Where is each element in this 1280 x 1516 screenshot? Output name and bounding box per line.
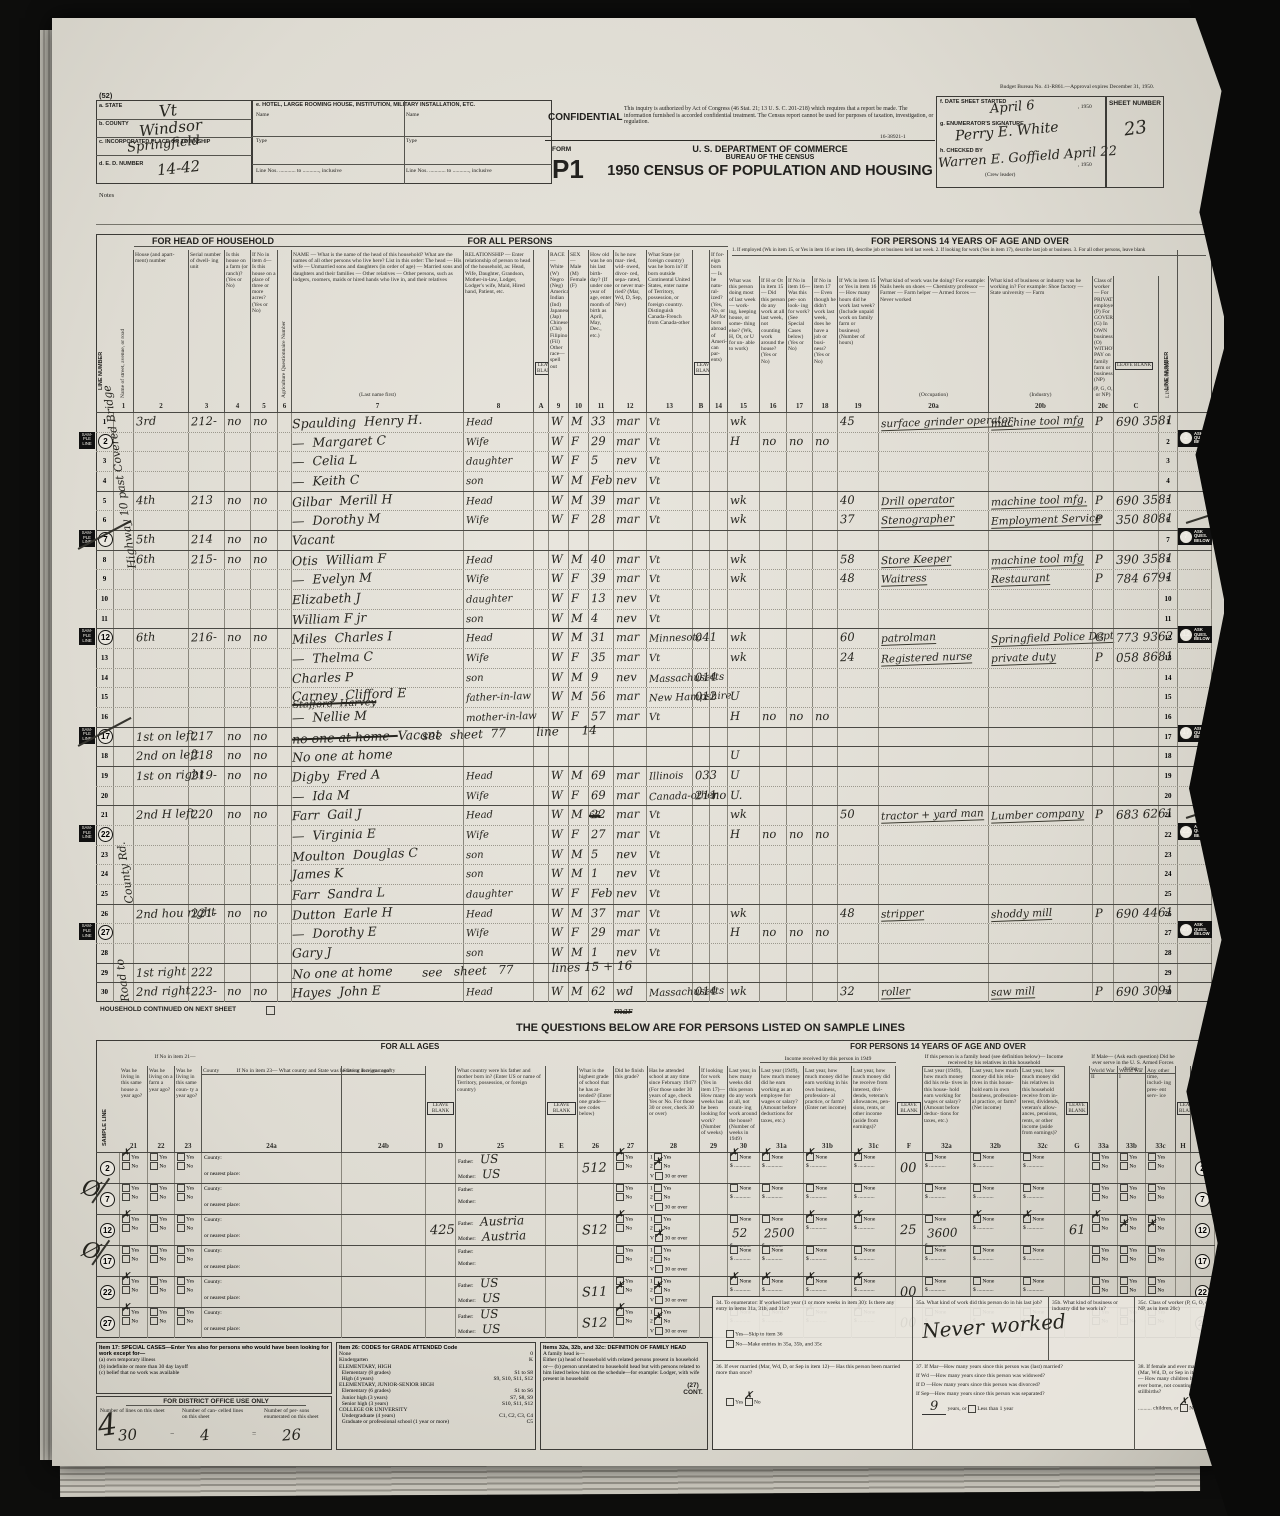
cell-name: Dutton Earle H — [292, 905, 464, 924]
cell-rel: daughter — [464, 885, 534, 904]
checkbox — [1148, 1246, 1156, 1254]
cell-C — [1114, 767, 1159, 786]
value-ind: saw mill — [991, 986, 1035, 1001]
cell-acres — [251, 452, 278, 471]
cell-q16: no — [760, 708, 787, 727]
cell-mar: nev — [614, 452, 647, 471]
cell-street — [114, 924, 134, 943]
value-sex: M — [571, 847, 583, 861]
column-number-15: 15 — [728, 400, 760, 412]
checkbox-option: Yes — [175, 1277, 201, 1286]
checkbox-option: Yes — [614, 1184, 647, 1193]
cell-race: W — [549, 885, 569, 904]
sample-cell-g26: S12 — [578, 1215, 614, 1245]
cell-C — [1114, 787, 1159, 806]
value-sex: F — [571, 512, 579, 526]
sample-cell-q33c: Yes No — [1146, 1246, 1176, 1276]
cell-q17 — [787, 531, 813, 550]
value-hours: 32 — [840, 984, 855, 999]
ask-ques-number: 12 — [1179, 628, 1193, 642]
dept-title: U. S. DEPARTMENT OF COMMERCE — [640, 144, 900, 154]
cell-q18 — [813, 590, 838, 609]
notes-label: Notes — [99, 192, 114, 199]
value-q15: wk — [730, 807, 747, 822]
value-mar: mar — [616, 551, 640, 566]
sample-cell-q22: Yes No — [148, 1308, 175, 1338]
crew-leader-label: (Crew leader) — [985, 172, 1015, 178]
cell-occ: Drill operator — [879, 492, 989, 511]
sample-cell-q23: Yes No — [175, 1153, 202, 1183]
cell-rel: Head — [464, 492, 534, 511]
checkbox-option: No — [148, 1255, 174, 1264]
value-serial: 220 — [191, 807, 213, 822]
cell-serial: 215- — [189, 551, 225, 570]
checkbox-option: None — [1021, 1277, 1064, 1286]
cell-farm: no — [225, 806, 251, 825]
cell-mar — [614, 531, 647, 550]
value-acres: no — [253, 728, 268, 742]
checkbox-option: No — [175, 1317, 201, 1326]
value-race: W — [551, 689, 563, 703]
column-subtitle: (Industry) — [989, 392, 1092, 398]
cell-sex: M — [569, 905, 589, 924]
checkbox-option: ✗ Yes — [120, 1153, 147, 1162]
checkbox — [177, 1308, 185, 1316]
sample-cell-q25: Father:USMother:US — [456, 1153, 546, 1183]
dollar-line: $ ............ — [804, 1287, 851, 1293]
cell-B — [693, 590, 710, 609]
column-header-race: RACE — White (W) Negro (Neg) American In… — [549, 250, 569, 400]
cell-occ — [879, 688, 989, 707]
cell-farm: no — [225, 629, 251, 648]
cell-farm — [225, 669, 251, 688]
sample-header-q33b: World War I — [1118, 1066, 1146, 1140]
cell-A — [534, 885, 549, 904]
cell-mar: nev — [614, 669, 647, 688]
column-number-13: 13 — [647, 400, 693, 412]
county-label: County: — [202, 1153, 341, 1163]
cell-ln: 16 — [96, 708, 114, 727]
value-born: Illinois — [649, 770, 684, 782]
cell-cls — [1093, 747, 1114, 766]
cell-nat — [710, 433, 728, 452]
cell-street — [114, 728, 134, 747]
cell-ln2: 3 — [1159, 452, 1178, 471]
cell-street — [114, 610, 134, 629]
person-name: Spaulding Henry H. — [292, 412, 423, 432]
value-mar: wd — [616, 984, 634, 999]
cell-mar: mar — [614, 433, 647, 452]
table-row: 16— Nellie Mmother-in-lawWF57marVtHnonon… — [96, 707, 1212, 727]
cell-q17 — [787, 688, 813, 707]
value-born: Vt — [649, 613, 661, 624]
cell-q16: no — [760, 826, 787, 845]
sample-header-q21: Was he living in this same house a year … — [120, 1066, 148, 1140]
cell-occ — [879, 610, 989, 629]
nearest-place-label: or nearest place: — [202, 1324, 341, 1334]
value-ind: machine tool mfg. — [991, 493, 1087, 509]
cell-hours: 48 — [838, 905, 879, 924]
cell-rel — [464, 531, 534, 550]
sample-number-32b: 32b — [971, 1140, 1021, 1152]
cell-farm — [225, 649, 251, 668]
cell-cls — [1093, 452, 1114, 471]
column-header-hours: If Wk in item 15 or Yes in item 16— How … — [838, 276, 879, 400]
checkbox-option: No — [1090, 1162, 1117, 1171]
sample-cell-q29 — [700, 1184, 728, 1214]
checkbox — [122, 1224, 130, 1232]
sample-header-q33a: World War II — [1090, 1066, 1118, 1140]
cell-name: Digby Fred A — [292, 767, 464, 786]
cell-born: Massachusetts — [647, 983, 693, 1002]
cell-cls — [1093, 865, 1114, 884]
dollar-line: $ ............ — [852, 1256, 895, 1262]
checkbox — [654, 1246, 662, 1254]
checkbox — [1092, 1162, 1100, 1170]
value-mar: mar — [616, 787, 640, 802]
value-born: Vt — [649, 456, 661, 467]
cell-nat — [710, 728, 728, 747]
sample-cell-q22: Yes No — [148, 1153, 175, 1183]
items-box-hline — [712, 1360, 1134, 1361]
checkbox — [1148, 1193, 1156, 1201]
sample-cell-q21: ✗ Yes No — [120, 1215, 148, 1245]
value-race: W — [551, 768, 563, 782]
sample-cell-q28: 1 Yes2 NoV 30 or over — [648, 1246, 700, 1276]
value-q15: U — [730, 748, 740, 762]
checkbox-option: ✗ No — [1118, 1224, 1145, 1233]
value-mar: mar — [616, 492, 640, 507]
item37-answer: 9 years, or Less than 1 year — [922, 1404, 1132, 1413]
sample-header-q31b: Last year, how much money did he earn wo… — [804, 1066, 852, 1140]
value-mar: nev — [616, 866, 637, 881]
cell-farm: no — [225, 767, 251, 786]
value-q18: no — [815, 433, 830, 447]
cell-ln2: 28 — [1159, 944, 1178, 963]
table-row: 191st on right219-nonoDigby Fred AHeadWM… — [96, 766, 1212, 786]
cell-mar: mar — [614, 787, 647, 806]
cell-q18 — [813, 728, 838, 747]
cell-ind — [989, 452, 1093, 471]
sample-cell-q25: Father:Mother: — [456, 1184, 546, 1214]
column-header-text: What was this person doing most of last … — [729, 278, 758, 352]
cell-serial — [189, 433, 225, 452]
cell-C — [1114, 944, 1159, 963]
cell-house — [134, 610, 189, 629]
cell-occ: Registered nurse — [879, 649, 989, 668]
cell-q17 — [787, 806, 813, 825]
sample-cell-county: County:or nearest place: — [202, 1215, 342, 1245]
budget-note: Budget Bureau No. 41-R861.—Approval expi… — [1000, 84, 1154, 90]
cell-C — [1114, 472, 1159, 491]
column-header-q18: If No in item 17— Even though he didn't … — [813, 276, 838, 400]
value-race: W — [551, 571, 563, 585]
cell-B — [693, 551, 710, 570]
cell-badge — [1178, 983, 1212, 1002]
cell-cls — [1093, 669, 1114, 688]
cell-cls: P — [1093, 511, 1114, 530]
value-race: W — [551, 630, 563, 644]
sample-number-F: F — [896, 1140, 923, 1152]
table-row: 23Moulton Douglas CsonWM5nevVt23 — [96, 845, 1212, 865]
cell-acres — [251, 964, 278, 983]
checkbox — [177, 1255, 185, 1263]
cell-age: 22 — [589, 806, 614, 825]
checkbox-none: ✗ — [1180, 1404, 1188, 1412]
cell-rel: son — [464, 610, 534, 629]
value-G: 61 — [1069, 1223, 1086, 1239]
cell-B — [693, 747, 710, 766]
person-name: Vacant — [292, 531, 335, 547]
cell-age: 56 — [589, 688, 614, 707]
value-farm: no — [227, 492, 242, 506]
cell-farm: no — [225, 905, 251, 924]
checkbox-option: No — [148, 1286, 174, 1295]
cell-B — [693, 964, 710, 983]
person-name: Otis William F — [292, 550, 387, 568]
cell-badge — [1178, 964, 1212, 983]
checkbox-option: No — [148, 1162, 174, 1171]
checkbox: ✗ — [122, 1215, 130, 1223]
checkbox — [150, 1317, 158, 1325]
sample-cell-q33a: Yes No — [1090, 1246, 1118, 1276]
cell-occ — [879, 767, 989, 786]
cell-hours — [838, 708, 879, 727]
column-header-text: Last year, how much money did his rela- … — [972, 1068, 1019, 1111]
value-ind: machine tool mfg — [991, 414, 1084, 430]
value-acres: no — [253, 492, 268, 506]
checkbox-option: ✗ None — [852, 1277, 895, 1286]
sample-cell-q31c: ✗ None$ ............ — [852, 1153, 896, 1183]
cell-ln2: 11 — [1159, 610, 1178, 629]
column-header-text: Last year, in how many weeks did this pe… — [729, 1068, 758, 1140]
cell-badge — [1178, 885, 1212, 904]
value-farm: no — [227, 748, 242, 762]
cell-born — [647, 728, 693, 747]
cell-badge — [1178, 570, 1212, 589]
checkbox-option: None — [760, 1215, 803, 1224]
cell-ind: machine tool mfg — [989, 551, 1093, 570]
value-rel: daughter — [466, 456, 513, 469]
cell-ind — [989, 669, 1093, 688]
cell-farm — [225, 472, 251, 491]
cell-farm — [225, 708, 251, 727]
cell-q17 — [787, 649, 813, 668]
checkbox-option: No — [120, 1286, 147, 1295]
sample-cell-F: 00 — [896, 1153, 923, 1183]
cell-q18 — [813, 610, 838, 629]
cell-C — [1114, 669, 1159, 688]
value-q15: U — [730, 689, 740, 703]
cell-serial: 222 — [189, 964, 225, 983]
checkbox: ✗ — [654, 1286, 662, 1294]
cell-house: 6th — [134, 629, 189, 648]
cell-house: 2nd H left — [134, 806, 189, 825]
checkbox-option: No — [120, 1162, 147, 1171]
cell-cls — [1093, 531, 1114, 550]
value-race: W — [551, 709, 563, 723]
value-occ: tractor + yard man — [881, 808, 984, 825]
bracket-if-no-21: If No in item 21— — [148, 1054, 202, 1060]
cell-hours — [838, 728, 879, 747]
checkbox — [616, 1193, 624, 1201]
cell-rel: son — [464, 669, 534, 688]
cell-acres — [251, 865, 278, 884]
parent-birthplace: Father:US — [456, 1277, 545, 1292]
column-header-cls: Class of worker — For PRIVATE employer (… — [1093, 276, 1114, 400]
cell-B — [693, 865, 710, 884]
cell-q15 — [728, 669, 760, 688]
cell-q17 — [787, 570, 813, 589]
ask-ques-number: 27 — [1179, 923, 1193, 937]
dollar-line: $ ............ — [852, 1287, 895, 1293]
column-header-house: House (and apart- ment) number — [134, 250, 189, 400]
value-age: 69 — [591, 787, 606, 802]
cell-serial — [189, 924, 225, 943]
value-age: 31 — [591, 630, 606, 645]
cell-q17 — [787, 767, 813, 786]
checkbox — [1023, 1277, 1031, 1285]
group-all-ages: FOR ALL AGES — [120, 1042, 700, 1051]
form-label: FORM — [552, 146, 571, 153]
cell-q18 — [813, 629, 838, 648]
cell-q16 — [760, 629, 787, 648]
cell-q17 — [787, 551, 813, 570]
cell-ind — [989, 708, 1093, 727]
date-year: , 1950 — [1078, 104, 1092, 110]
value-rel: Head — [466, 810, 493, 822]
checkbox — [177, 1162, 185, 1170]
cell-sex: M — [569, 629, 589, 648]
value-mar: mar — [616, 827, 640, 842]
cell-ln: 19 — [96, 767, 114, 786]
sample-header-q28: Has he attended school at any time since… — [648, 1066, 700, 1140]
cell-occ — [879, 728, 989, 747]
cell-rel: son — [464, 472, 534, 491]
cell-serial — [189, 708, 225, 727]
cell-C: 784 6791 — [1114, 570, 1159, 589]
cell-ind — [989, 433, 1093, 452]
cell-B — [693, 806, 710, 825]
cell-q15: H — [728, 924, 760, 943]
value-age: 29 — [591, 433, 606, 448]
checkbox-option: None — [923, 1153, 970, 1162]
item35c-text: 35c. Class of worker (P, G, O, or NP, as… — [1138, 1300, 1212, 1312]
sample-cell-badge: 27 — [96, 1308, 120, 1338]
cell-hours: 32 — [838, 983, 879, 1002]
cell-house — [134, 787, 189, 806]
sample-cell-q32c: ✗ None$ ............ — [1021, 1215, 1065, 1245]
item34-no-option: No—Make entries in 35a, 35b, and 35c — [726, 1340, 906, 1348]
value-race: W — [551, 453, 563, 467]
column-header-acres: If No in item 4— Is this house on a plac… — [251, 250, 278, 400]
checkbox — [122, 1317, 130, 1325]
cell-agri — [278, 728, 292, 747]
checkbox — [1148, 1162, 1156, 1170]
cell-street — [114, 629, 134, 648]
value-rel: Head — [466, 495, 493, 507]
cell-sex: M — [569, 688, 589, 707]
value-farm: no — [227, 532, 242, 546]
sample-line-badge-left: SAM-PLELINE — [79, 825, 95, 842]
sample-line-vert-left: SAMPLE LINE — [102, 1076, 108, 1146]
cell-A — [534, 944, 549, 963]
checkbox — [122, 1246, 130, 1254]
value-F: 25 — [900, 1223, 917, 1239]
cell-rel: daughter — [464, 452, 534, 471]
sample-cell-E — [546, 1246, 578, 1276]
checkbox — [122, 1286, 130, 1294]
cell-race: W — [549, 551, 569, 570]
sample-cell-D — [426, 1308, 456, 1338]
cell-name: James K — [292, 865, 464, 884]
sample-cell-q33a: ✗ Yes No — [1090, 1215, 1118, 1245]
column-number-9: 9 — [549, 400, 569, 412]
value-age: Feb — [591, 886, 613, 901]
cell-occ — [879, 944, 989, 963]
value-acres: no — [253, 414, 268, 428]
value-cls: G — [1095, 630, 1105, 644]
sample-row-number-right: 17 — [1195, 1254, 1210, 1269]
value-rel: Wife — [466, 928, 489, 940]
value-born: Vt — [649, 928, 661, 939]
sample-cell-q22: Yes No — [148, 1215, 175, 1245]
sample-cell-q31a: None2500$ ............ — [760, 1215, 804, 1245]
parent-birthplace: Mother:US — [456, 1168, 545, 1183]
cell-B: 033 — [693, 767, 710, 786]
checkbox-option: None — [971, 1246, 1020, 1255]
cell-house — [134, 708, 189, 727]
cell-rel: Wife — [464, 787, 534, 806]
cell-hours — [838, 924, 879, 943]
value-race: W — [551, 925, 563, 939]
value-sex: M — [571, 492, 583, 506]
cell-rel: mother-in-law — [464, 708, 534, 727]
cell-farm — [225, 885, 251, 904]
cell-agri — [278, 688, 292, 707]
cell-farm — [225, 924, 251, 943]
cell-race: W — [549, 433, 569, 452]
cell-acres: no — [251, 629, 278, 648]
cell-A — [534, 846, 549, 865]
cell-age: 33 — [589, 413, 614, 432]
column-number-ln — [1159, 400, 1178, 412]
column-header-street: Name of street, avenue, or road — [114, 250, 134, 400]
cell-C: 690 3581 — [1114, 413, 1159, 432]
value-mar: mar — [616, 414, 640, 429]
column-header-text: RACE — White (W) Negro (Neg) American In… — [550, 252, 567, 370]
value-mar: nev — [616, 610, 637, 625]
ask-ques-number: 22 — [1179, 825, 1193, 839]
cell-farm — [225, 826, 251, 845]
sample-cell-H — [1176, 1184, 1191, 1214]
value-acres: no — [253, 551, 268, 565]
checkbox — [616, 1317, 624, 1325]
dollar-line: $ ............ — [760, 1256, 803, 1262]
value-sex: M — [571, 630, 583, 644]
cell-race: W — [549, 590, 569, 609]
cell-q16 — [760, 472, 787, 491]
district-value-1: 4 — [199, 1426, 210, 1445]
checkbox-option: V ✗ 30 or over — [648, 1234, 699, 1243]
value-rel: Head — [466, 908, 493, 920]
cell-q18: no — [813, 433, 838, 452]
cell-B — [693, 728, 710, 747]
cell-agri — [278, 964, 292, 983]
cell-C: 683 6261 — [1114, 806, 1159, 825]
cell-ln: 9 — [96, 570, 114, 589]
table-row: 75th214nonoVacant7 — [96, 530, 1212, 550]
